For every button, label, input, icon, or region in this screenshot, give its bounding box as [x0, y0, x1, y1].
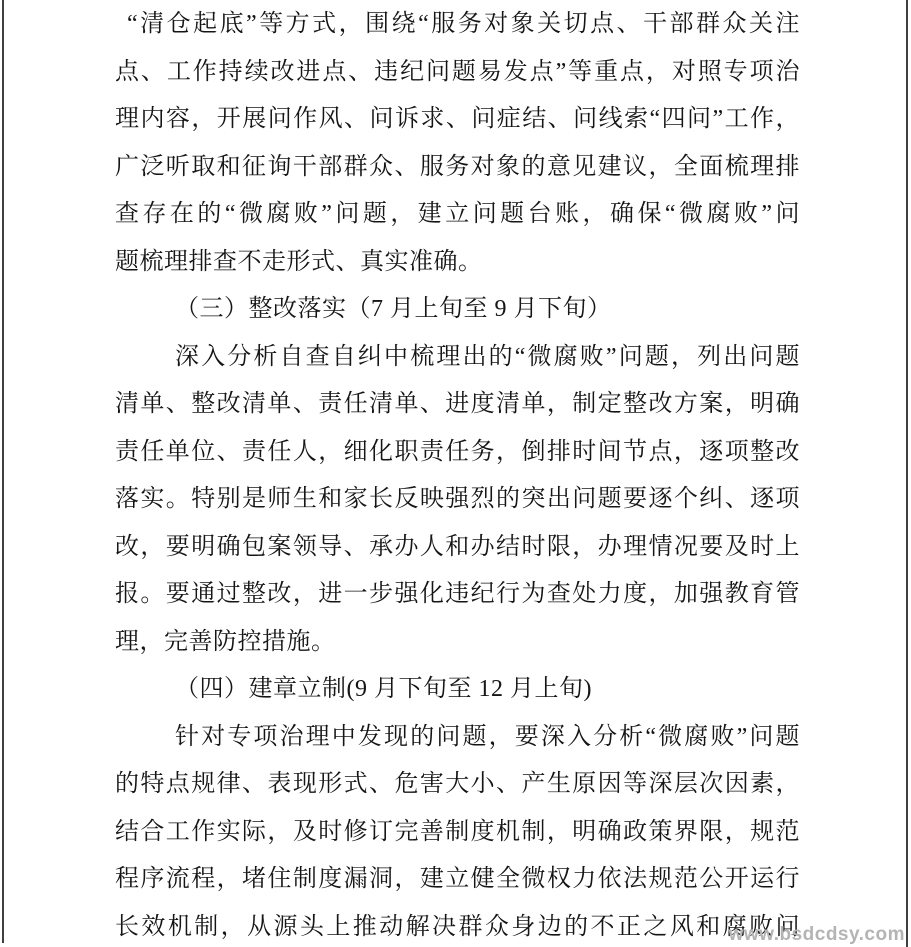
- text-line: 理，完善防控措施。: [115, 619, 800, 667]
- document-body: “清仓起底”等方式，围绕“服务对象关切点、干部群众关注点、工作持续改进点、违纪问…: [115, 1, 800, 947]
- watermark: www.bsdcdsy.com: [729, 924, 905, 946]
- page-left-edge: [2, 0, 4, 943]
- text-line: 深入分析自查自纠中梳理出的“微腐败”问题，列出问题: [115, 334, 800, 382]
- text-line: “清仓起底”等方式，围绕“服务对象关切点、干部群众关注: [115, 1, 800, 49]
- text-line: 的特点规律、表现形式、危害大小、产生原因等深层次因素，: [115, 761, 800, 809]
- text-line: 广泛听取和征询干部群众、服务对象的意见建议，全面梳理排: [115, 144, 800, 192]
- text-line: 题梳理排查不走形式、真实准确。: [115, 239, 800, 287]
- text-line: 查存在的“微腐败”问题，建立问题台账，确保“微腐败”问: [115, 191, 800, 239]
- text-line: （四）建章立制(9 月下旬至 12 月上旬): [115, 666, 800, 714]
- text-line: 报。要通过整改，进一步强化违纪行为查处力度，加强教育管: [115, 571, 800, 619]
- text-line: 程序流程，堵住制度漏洞，建立健全微权力依法规范公开运行: [115, 856, 800, 904]
- document-page: “清仓起底”等方式，围绕“服务对象关切点、干部群众关注点、工作持续改进点、违纪问…: [0, 0, 911, 947]
- text-line: 责任单位、责任人，细化职责任务，倒排时间节点，逐项整改: [115, 429, 800, 477]
- text-line: 长效机制，从源头上推动解决群众身边的不正之风和腐败问题。: [115, 904, 800, 947]
- page-right-edge: [906, 0, 908, 947]
- text-line: 针对专项治理中发现的问题，要深入分析“微腐败”问题: [115, 714, 800, 762]
- text-line: 结合工作实际，及时修订完善制度机制，明确政策界限，规范: [115, 809, 800, 857]
- text-line: 落实。特别是师生和家长反映强烈的突出问题要逐个纠、逐项: [115, 476, 800, 524]
- text-line: （三）整改落实（7 月上旬至 9 月下旬）: [115, 286, 800, 334]
- text-line: 改，要明确包案领导、承办人和办结时限，办理情况要及时上: [115, 524, 800, 572]
- text-line: 理内容，开展问作风、问诉求、问症结、问线索“四问”工作，: [115, 96, 800, 144]
- text-line: 清单、整改清单、责任清单、进度清单，制定整改方案，明确: [115, 381, 800, 429]
- text-line: 点、工作持续改进点、违纪问题易发点”等重点，对照专项治: [115, 49, 800, 97]
